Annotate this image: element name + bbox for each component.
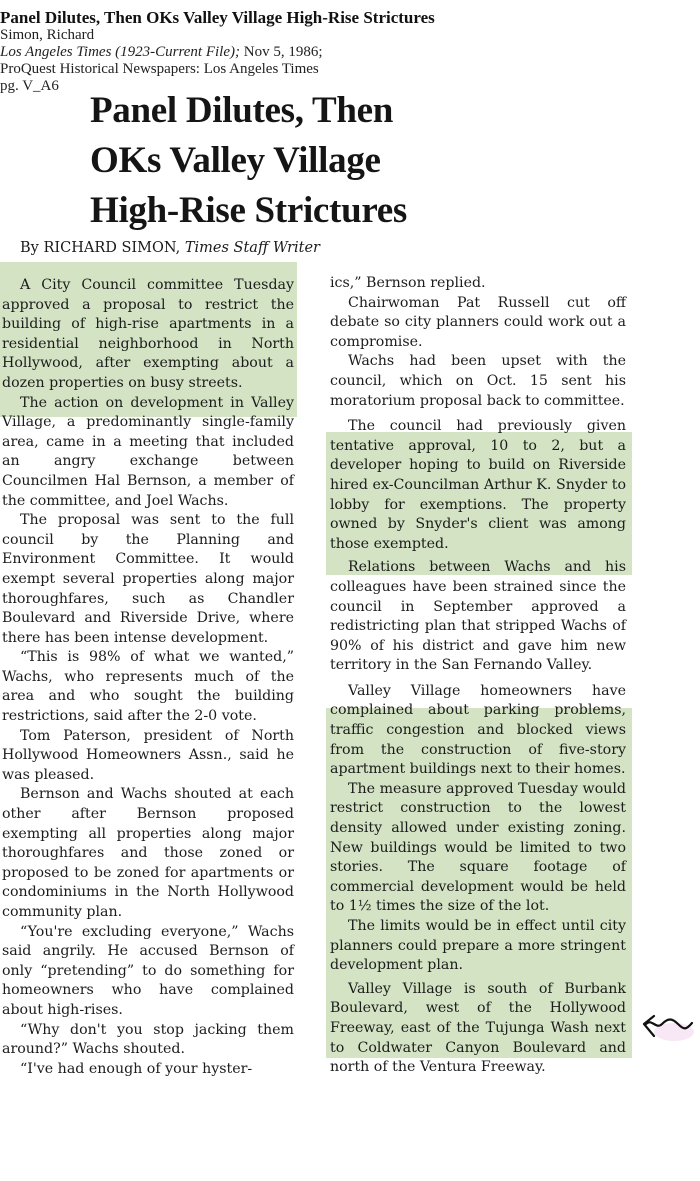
paragraph-highlighted: The limits would be in effect until city… bbox=[330, 917, 626, 976]
citation-source: Los Angeles Times (1923-Current File); N… bbox=[0, 44, 435, 61]
paragraph: “You're excluding everyone,” Wachs said … bbox=[2, 923, 294, 1021]
byline-name: By RICHARD SIMON, bbox=[20, 240, 185, 256]
citation-date: Nov 5, 1986; bbox=[240, 44, 323, 60]
headline-line: High-Rise Strictures bbox=[90, 186, 407, 236]
citation-block: Panel Dilutes, Then OKs Valley Village H… bbox=[0, 8, 435, 95]
paragraph: A City Council committee Tuesday approve… bbox=[2, 276, 294, 394]
paragraph: “This is 98% of what we wanted,” Wachs, … bbox=[2, 648, 294, 726]
paragraph-highlighted: The measure approved Tuesday would restr… bbox=[330, 780, 626, 917]
citation-database: ProQuest Historical Newspapers: Los Ange… bbox=[0, 61, 435, 78]
article-column-left: A City Council committee Tuesday approve… bbox=[2, 276, 294, 1079]
headline-line: Panel Dilutes, Then bbox=[90, 86, 407, 136]
byline: By RICHARD SIMON, Times Staff Writer bbox=[20, 240, 320, 256]
paragraph: Valley Village is south of Burbank Boule… bbox=[330, 980, 626, 1078]
paragraph-highlighted: The council had previously given tentati… bbox=[330, 417, 626, 554]
paragraph: Tom Paterson, president of North Hollywo… bbox=[2, 727, 294, 786]
paragraph-continuation: ics,” Bernson replied. bbox=[330, 274, 626, 294]
paragraph: Relations between Wachs and his colleagu… bbox=[330, 558, 626, 676]
article-headline: Panel Dilutes, Then OKs Valley Village H… bbox=[90, 86, 407, 236]
paragraph: Wachs had been upset with the council, w… bbox=[330, 352, 626, 411]
paragraph: The proposal was sent to the full counci… bbox=[2, 511, 294, 648]
paragraph-highlighted: Valley Village homeowners have complaine… bbox=[330, 682, 626, 780]
citation-publication: Los Angeles Times (1923-Current File); bbox=[0, 44, 240, 60]
squiggle-arrow-icon bbox=[640, 1008, 696, 1048]
citation-title: Panel Dilutes, Then OKs Valley Village H… bbox=[0, 8, 435, 27]
citation-author: Simon, Richard bbox=[0, 27, 435, 44]
paragraph: The action on development in Valley Vill… bbox=[2, 394, 294, 512]
headline-line: OKs Valley Village bbox=[90, 136, 407, 186]
paragraph: Bernson and Wachs shouted at each other … bbox=[2, 785, 294, 922]
paragraph: Chairwoman Pat Russell cut off debate so… bbox=[330, 294, 626, 353]
byline-role: Times Staff Writer bbox=[185, 240, 320, 256]
paragraph: “Why don't you stop jacking them around?… bbox=[2, 1021, 294, 1060]
article-column-right: ics,” Bernson replied. Chairwoman Pat Ru… bbox=[330, 274, 626, 1078]
paragraph: “I've had enough of your hyster- bbox=[2, 1060, 294, 1080]
